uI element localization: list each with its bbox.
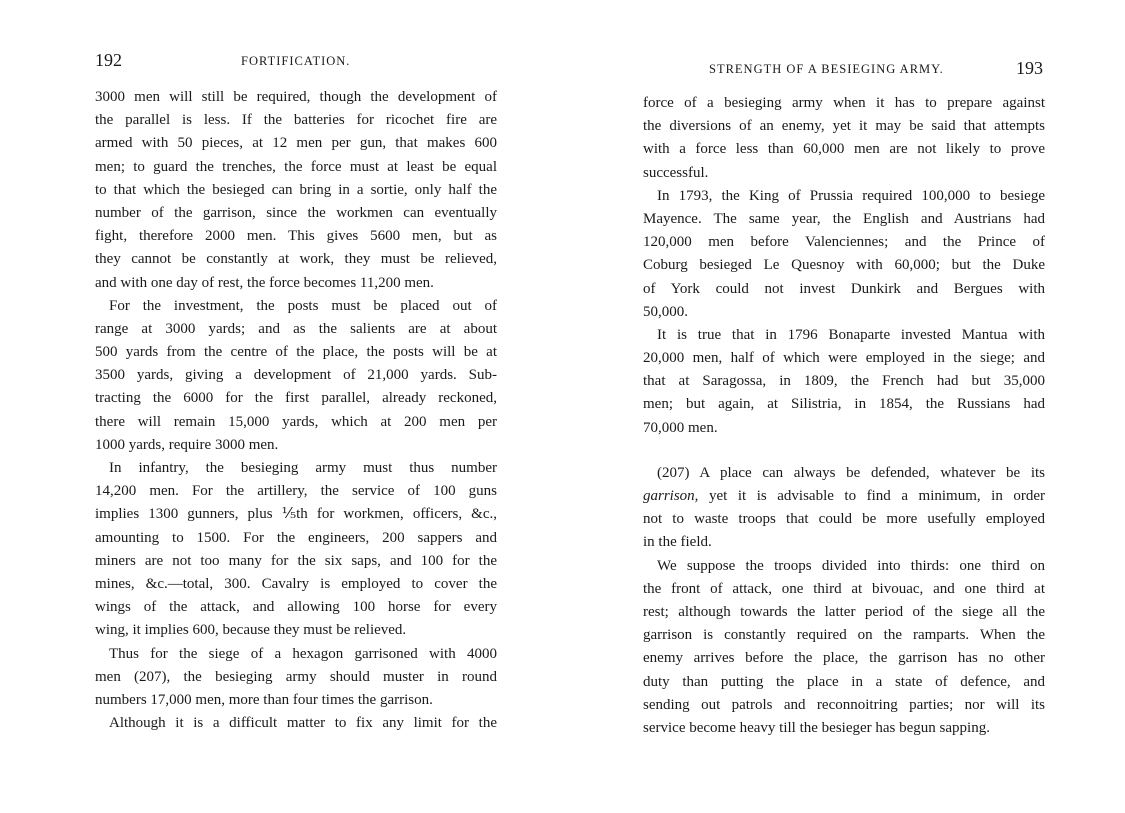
page-number: 193 — [1016, 58, 1043, 79]
running-title: STRENGTH OF A BESIEGING ARMY. — [709, 62, 944, 77]
text-line: 500 yards from the centre of the place, … — [95, 341, 497, 364]
text-line: Coburg besieged Le Quesnoy with 60,000; … — [643, 254, 1045, 277]
text-line: implies 1300 gunners, plus ⅕th for workm… — [95, 503, 497, 526]
text-line: to that which the besieged can bring in … — [95, 179, 497, 202]
text-line: miners are not too many for the six saps… — [95, 550, 497, 573]
text-line: men; but again, at Silistria, in 1854, t… — [643, 393, 1045, 416]
text-line: numbers 17,000 men, more than four times… — [95, 689, 497, 712]
text-line: 50,000. — [643, 301, 1045, 324]
text-line: with a force less than 60,000 men are no… — [643, 138, 1045, 161]
text-line: 120,000 men before Valenciennes; and the… — [643, 231, 1045, 254]
running-title: FORTIFICATION. — [241, 54, 350, 69]
text-line: (207) A place can always be defended, wh… — [643, 462, 1045, 485]
text-line: enemy arrives before the place, the garr… — [643, 647, 1045, 670]
text-line: We suppose the troops divided into third… — [643, 555, 1045, 578]
text-line: the front of attack, one third at bivoua… — [643, 578, 1045, 601]
text-line: force of a besieging army when it has to… — [643, 92, 1045, 115]
text-line: there will remain 15,000 yards, which at… — [95, 411, 497, 434]
text-line: rest; although towards the latter period… — [643, 601, 1045, 624]
text-line: range at 3000 yards; and as the salients… — [95, 318, 497, 341]
text-line: they cannot be constantly at work, they … — [95, 248, 497, 271]
text-line: 3000 men will still be required, though … — [95, 86, 497, 109]
text-line: the diversions of an enemy, yet it may b… — [643, 115, 1045, 138]
text-line: wing, it implies 600, because they must … — [95, 619, 497, 642]
text-line: It is true that in 1796 Bonaparte invest… — [643, 324, 1045, 347]
text-line: fight, therefore 2000 men. This gives 56… — [95, 225, 497, 248]
text-line: and with one day of rest, the force beco… — [95, 272, 497, 295]
text-line: number of the garrison, since the workme… — [95, 202, 497, 225]
text-line: successful. — [643, 162, 1045, 185]
text-line: in the field. — [643, 531, 1045, 554]
text-line: 3500 yards, giving a development of 21,0… — [95, 364, 497, 387]
text-line: tracting the 6000 for the first parallel… — [95, 387, 497, 410]
text-line: garrison, yet it is advisable to find a … — [643, 485, 1045, 508]
text-line: amounting to 1500. For the engineers, 20… — [95, 527, 497, 550]
text-line: not to waste troops that could be more u… — [643, 508, 1045, 531]
text-line: sending out patrols and reconnoitring pa… — [643, 694, 1045, 717]
text-line: Thus for the siege of a hexagon garrison… — [95, 643, 497, 666]
body-text: 3000 men will still be required, though … — [95, 86, 497, 735]
body-text: force of a besieging army when it has to… — [643, 92, 1045, 740]
text-line: men; to guard the trenches, the force mu… — [95, 156, 497, 179]
text-line: that at Saragossa, in 1809, the French h… — [643, 370, 1045, 393]
section-gap — [643, 440, 1045, 462]
text-line: 70,000 men. — [643, 417, 1045, 440]
text-line: mines, &c.—total, 300. Cavalry is employ… — [95, 573, 497, 596]
text-line: In infantry, the besieging army must thu… — [95, 457, 497, 480]
text-line: the parallel is less. If the batteries f… — [95, 109, 497, 132]
italic-term: garrison, — [643, 488, 698, 504]
text-span: yet it is advisable to find a minimum, i… — [698, 488, 1045, 504]
text-line: men (207), the besieging army should mus… — [95, 666, 497, 689]
text-line: wings of the attack, and allowing 100 ho… — [95, 596, 497, 619]
text-line: 1000 yards, require 3000 men. — [95, 434, 497, 457]
text-line: armed with 50 pieces, at 12 men per gun,… — [95, 132, 497, 155]
text-line: of York could not invest Dunkirk and Ber… — [643, 278, 1045, 301]
text-line: service become heavy till the besieger h… — [643, 717, 1045, 740]
text-line: Although it is a difficult matter to fix… — [95, 712, 497, 735]
text-line: Mayence. The same year, the English and … — [643, 208, 1045, 231]
text-line: 20,000 men, half of which were employed … — [643, 347, 1045, 370]
text-line: 14,200 men. For the artillery, the servi… — [95, 480, 497, 503]
text-line: For the investment, the posts must be pl… — [95, 295, 497, 318]
text-line: duty than putting the place in a state o… — [643, 671, 1045, 694]
text-line: garrison is constantly required on the r… — [643, 624, 1045, 647]
page-number: 192 — [95, 50, 122, 71]
text-line: In 1793, the King of Prussia required 10… — [643, 185, 1045, 208]
